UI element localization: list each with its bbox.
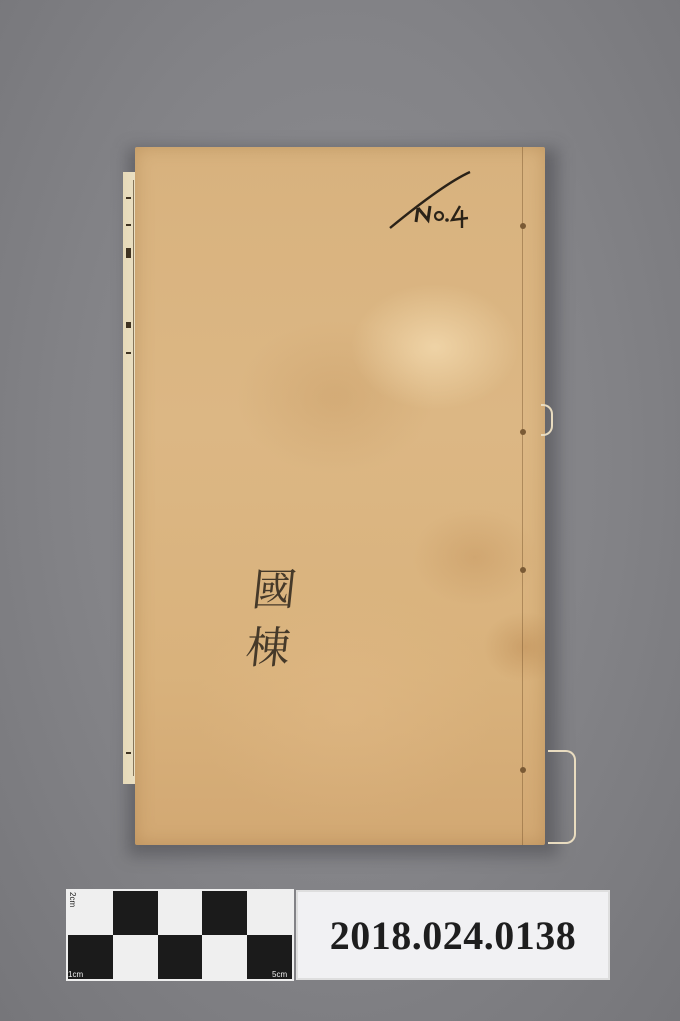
stitch-hole <box>520 429 526 435</box>
accession-number-label: 2018.024.0138 <box>296 890 610 980</box>
title-char-2: 棟 <box>230 620 306 678</box>
binding-thread <box>541 404 553 436</box>
booklet-cover <box>135 147 545 845</box>
stitch-hole <box>520 767 526 773</box>
artifact-photo: No.4 國 棟 2cm 1cm 5cm 2018.024.0138 <box>0 0 680 1021</box>
handwritten-title: 國 棟 <box>230 562 312 678</box>
scale-label-1cm: 1cm <box>68 970 83 979</box>
scale-label-2cm: 2cm <box>68 892 77 907</box>
title-char-1: 國 <box>236 562 312 620</box>
binding-thread-loose <box>548 750 576 844</box>
svg-text:No.4: No.4 <box>388 170 390 171</box>
scale-label-5cm: 5cm <box>272 970 287 979</box>
color-scale-bar <box>66 889 294 981</box>
number-annotation: No.4 <box>388 170 488 230</box>
stitch-hole <box>520 567 526 573</box>
binding-line <box>522 147 523 845</box>
stitch-hole <box>520 223 526 229</box>
